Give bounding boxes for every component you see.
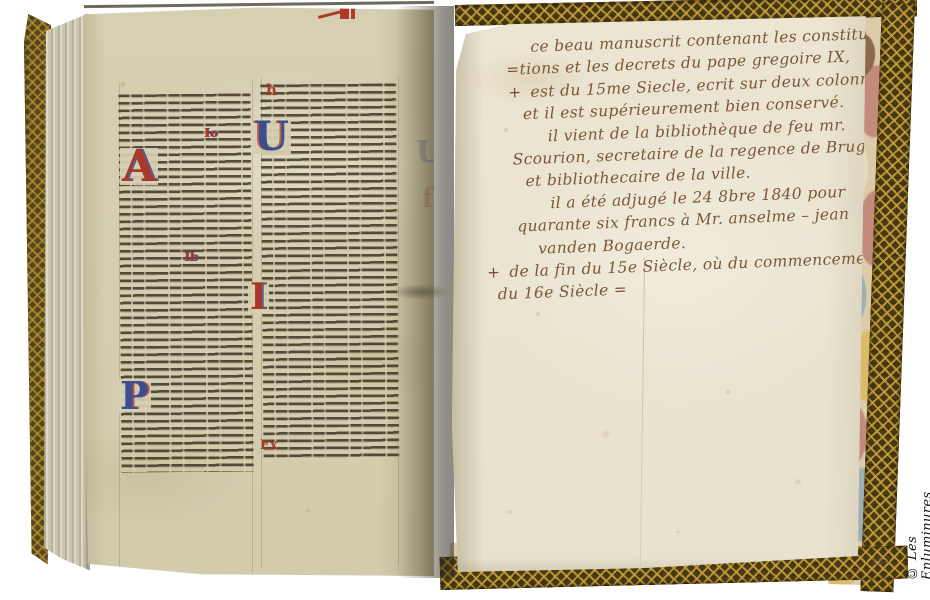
page-stack-fore-edge <box>44 8 90 576</box>
gutter-shadow <box>396 6 454 578</box>
illuminated-initial: P <box>118 380 151 412</box>
explicit-rubric: Ex <box>260 440 278 451</box>
photo-canvas: A Io P Ib h U I Ex U f ce beau manuscrit… <box>0 0 930 600</box>
plus-marker: + <box>508 81 522 104</box>
flyleaf-right-page: ce beau manuscrit contenant les constitu… <box>446 10 868 580</box>
illuminated-initial: U <box>252 120 291 154</box>
plus-marker: + <box>487 261 501 284</box>
illuminated-initial: Io <box>204 128 218 138</box>
manuscript-left-page: A Io P Ib h U I Ex U f <box>80 4 436 580</box>
red-header-fragment <box>318 6 358 22</box>
page-crease <box>640 258 645 566</box>
book-top-edge <box>84 1 434 8</box>
illuminated-initial: h <box>266 84 277 97</box>
illuminated-initial: I <box>248 282 269 313</box>
handwritten-inscription: ce beau manuscrit contenant les constitu… <box>476 23 870 306</box>
red-stroke <box>340 6 349 19</box>
illuminated-initial: Ib <box>184 252 198 262</box>
red-stroke <box>351 8 355 19</box>
illuminated-initial: A <box>120 148 158 185</box>
copyright-credit: © Les Enluminures <box>905 462 930 580</box>
red-stroke <box>318 10 342 19</box>
